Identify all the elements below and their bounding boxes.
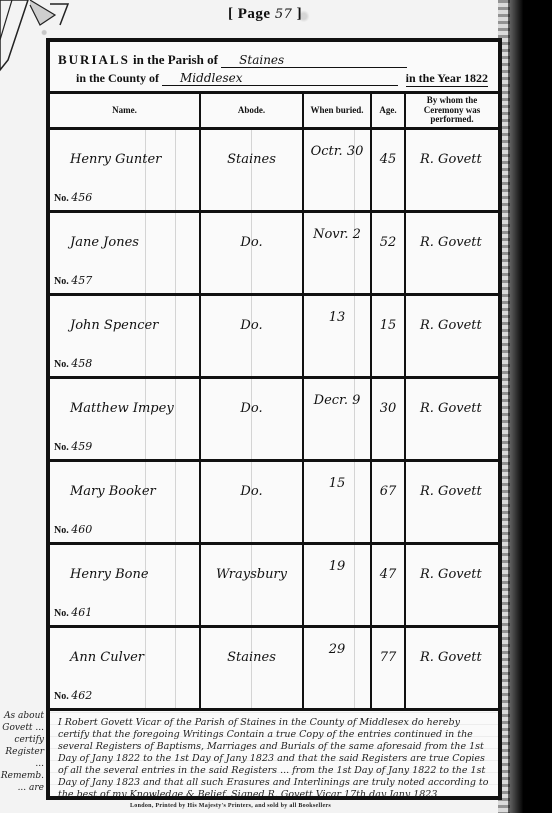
entry-name: Matthew Impey	[70, 401, 174, 416]
entry-number-value: 462	[71, 689, 92, 702]
entry-by-whom: R. Govett	[420, 235, 482, 250]
entry-name-cell: John Spencer No. 458	[50, 296, 201, 376]
entry-number-value: 459	[71, 440, 92, 453]
entry-name: Henry Bone	[70, 567, 149, 582]
entry-by-whom: R. Govett	[420, 484, 482, 499]
entry-name: Henry Gunter	[70, 152, 161, 167]
entry-when-cell: 13	[304, 296, 372, 376]
entry-when-buried: 29	[304, 642, 370, 659]
entry-name-cell: Mary Booker No. 460	[50, 462, 201, 542]
entry-abode: Do.	[201, 484, 302, 499]
entry-by-whom: R. Govett	[420, 152, 482, 167]
heading-title: BURIALS	[58, 52, 130, 67]
entry-number-label: No.	[54, 525, 69, 536]
entry-number: No. 462	[54, 689, 92, 702]
burial-entry-row: Ann Culver No. 462 Staines 29 77 R. Gove…	[50, 628, 498, 711]
entry-number-label: No.	[54, 608, 69, 619]
entry-when-cell: Novr. 2	[304, 213, 372, 293]
entry-number-value: 457	[71, 274, 92, 287]
entry-by-whom: R. Govett	[420, 401, 482, 416]
entry-abode-cell: Wraysbury	[201, 545, 304, 625]
burial-entry-row: Henry Gunter No. 456 Staines Octr. 30 45…	[50, 130, 498, 213]
scan-shadow-edge	[508, 0, 552, 813]
burial-register-form: BURIALS in the Parish of Staines in the …	[46, 38, 502, 800]
entry-name-cell: Henry Gunter No. 456	[50, 130, 201, 210]
entry-name: Jane Jones	[70, 235, 139, 250]
burial-entry-row: Matthew Impey No. 459 Do. Decr. 9 30 R. …	[50, 379, 498, 462]
entry-when-buried: Octr. 30	[304, 144, 370, 161]
entry-number-label: No.	[54, 193, 69, 204]
entry-age-cell: 52	[372, 213, 406, 293]
column-header-age: Age.	[372, 94, 406, 127]
entry-number: No. 461	[54, 606, 92, 619]
entry-age: 67	[372, 484, 404, 499]
entry-when-cell: 15	[304, 462, 372, 542]
entry-name: Ann Culver	[70, 650, 144, 665]
register-heading: BURIALS in the Parish of Staines in the …	[50, 42, 498, 94]
entry-by-whom: R. Govett	[420, 567, 482, 582]
page-label-close: ]	[297, 6, 303, 22]
entry-number-label: No.	[54, 691, 69, 702]
entry-abode: Do.	[201, 401, 302, 416]
entry-number: No. 456	[54, 191, 92, 204]
burial-entry-row: John Spencer No. 458 Do. 13 15 R. Govett	[50, 296, 498, 379]
entry-number-value: 458	[71, 357, 92, 370]
entry-number-label: No.	[54, 442, 69, 453]
entry-abode-cell: Do.	[201, 462, 304, 542]
entry-by-whom-cell: R. Govett	[406, 213, 498, 293]
entry-abode-cell: Staines	[201, 130, 304, 210]
entry-age: 45	[372, 152, 404, 167]
heading-county-label: in the County of	[76, 71, 159, 85]
entry-by-whom: R. Govett	[420, 650, 482, 665]
entry-number-label: No.	[54, 276, 69, 287]
burial-entries: Henry Gunter No. 456 Staines Octr. 30 45…	[50, 130, 498, 711]
entry-abode: Do.	[201, 318, 302, 333]
entry-name-cell: Henry Bone No. 461	[50, 545, 201, 625]
column-header-when-buried: When buried.	[304, 94, 372, 127]
entry-name: Mary Booker	[70, 484, 156, 499]
heading-parish-label: in the Parish of	[133, 52, 218, 67]
column-header-name: Name.	[50, 94, 201, 127]
entry-by-whom-cell: R. Govett	[406, 296, 498, 376]
page-number: [ Page 57 ]	[228, 6, 302, 23]
entry-by-whom-cell: R. Govett	[406, 379, 498, 459]
entry-abode-cell: Do.	[201, 379, 304, 459]
entry-abode: Wraysbury	[201, 567, 302, 582]
entry-when-buried: Novr. 2	[304, 227, 370, 244]
entry-abode: Staines	[201, 152, 302, 167]
burial-entry-row: Jane Jones No. 457 Do. Novr. 2 52 R. Gov…	[50, 213, 498, 296]
heading-county-line: in the County of Middlesex	[76, 71, 398, 86]
entry-number-value: 460	[71, 523, 92, 536]
entry-when-buried: 15	[304, 476, 370, 493]
entry-abode-cell: Do.	[201, 296, 304, 376]
register-year: in the Year 1822	[406, 71, 488, 87]
entry-number: No. 458	[54, 357, 92, 370]
entry-by-whom-cell: R. Govett	[406, 462, 498, 542]
entry-number-label: No.	[54, 359, 69, 370]
burial-entry-row: Mary Booker No. 460 Do. 15 67 R. Govett	[50, 462, 498, 545]
entry-age-cell: 15	[372, 296, 406, 376]
entry-name: John Spencer	[70, 318, 158, 333]
entry-by-whom-cell: R. Govett	[406, 628, 498, 708]
parish-value: Staines	[221, 53, 407, 68]
entry-age-cell: 77	[372, 628, 406, 708]
entry-number: No. 457	[54, 274, 92, 287]
entry-when-cell: 29	[304, 628, 372, 708]
entry-age: 15	[372, 318, 404, 333]
entry-name-cell: Ann Culver No. 462	[50, 628, 201, 708]
entry-abode-cell: Do.	[201, 213, 304, 293]
certification-text: I Robert Govett Vicar of the Parish of S…	[50, 711, 498, 796]
entry-age-cell: 47	[372, 545, 406, 625]
entry-name-cell: Jane Jones No. 457	[50, 213, 201, 293]
printer-footer: London, Printed by His Majesty's Printer…	[130, 803, 331, 809]
column-header-by-whom: By whom the Ceremony was performed.	[406, 94, 498, 127]
entry-number: No. 460	[54, 523, 92, 536]
page-label: [ Page	[228, 6, 271, 22]
entry-number-value: 461	[71, 606, 92, 619]
column-headers: Name. Abode. When buried. Age. By whom t…	[50, 94, 498, 130]
entry-age: 47	[372, 567, 404, 582]
entry-when-buried: Decr. 9	[304, 393, 370, 410]
entry-age-cell: 67	[372, 462, 406, 542]
entry-when-cell: Decr. 9	[304, 379, 372, 459]
county-value: Middlesex	[162, 71, 398, 86]
entry-age: 30	[372, 401, 404, 416]
entry-when-cell: 19	[304, 545, 372, 625]
entry-when-cell: Octr. 30	[304, 130, 372, 210]
entry-by-whom-cell: R. Govett	[406, 545, 498, 625]
column-header-abode: Abode.	[201, 94, 304, 127]
entry-by-whom-cell: R. Govett	[406, 130, 498, 210]
page-number-value: 57	[275, 7, 293, 22]
entry-abode-cell: Staines	[201, 628, 304, 708]
entry-abode: Staines	[201, 650, 302, 665]
entry-number-value: 456	[71, 191, 92, 204]
entry-number: No. 459	[54, 440, 92, 453]
entry-when-buried: 13	[304, 310, 370, 327]
entry-when-buried: 19	[304, 559, 370, 576]
entry-age-cell: 30	[372, 379, 406, 459]
entry-age-cell: 45	[372, 130, 406, 210]
entry-abode: Do.	[201, 235, 302, 250]
heading-parish-line: BURIALS in the Parish of Staines	[58, 52, 407, 68]
entry-name-cell: Matthew Impey No. 459	[50, 379, 201, 459]
entry-age: 77	[372, 650, 404, 665]
burial-entry-row: Henry Bone No. 461 Wraysbury 19 47 R. Go…	[50, 545, 498, 628]
entry-by-whom: R. Govett	[420, 318, 482, 333]
certification-margin-text: As about Govett ... certify Register ...…	[0, 710, 46, 790]
entry-age: 52	[372, 235, 404, 250]
